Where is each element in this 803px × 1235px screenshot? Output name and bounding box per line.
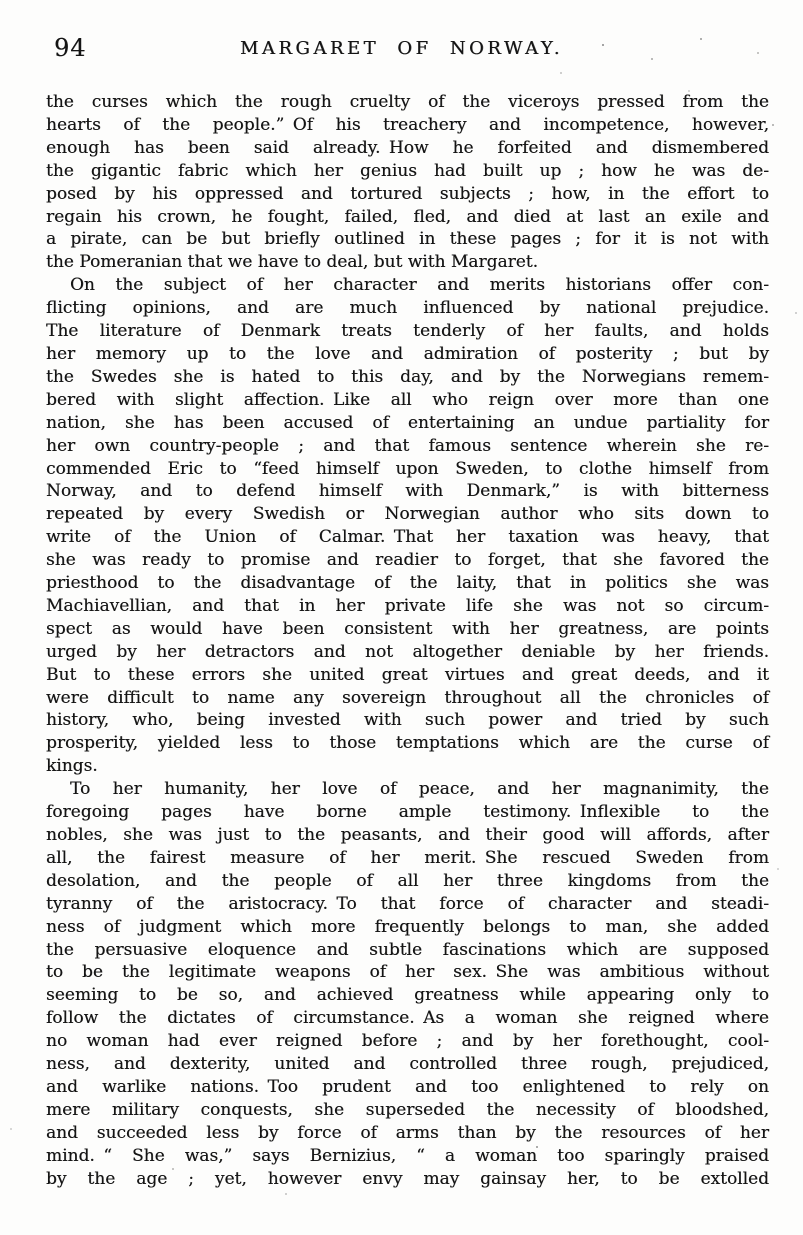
text-line: and succeeded less by force of arms than… [46,1122,769,1145]
text-line: mere military conquests, she superseded … [46,1099,769,1122]
text-line: The literature of Denmark treats tenderl… [46,320,769,343]
text-line: history, who, being invested with such p… [46,709,769,732]
text-line: hearts of the people.” Of his treachery … [46,114,769,137]
text-line: mind. “ She was,” says Bernizius, “ a wo… [46,1145,769,1168]
text-line: Machiavellian, and that in her private l… [46,595,769,618]
text-line: her memory up to the love and admiration… [46,343,769,366]
running-header-title: MARGARET OF NORWAY. [0,38,803,59]
text-line: by the age ; yet, however envy may gains… [46,1168,769,1191]
page-number: 94 [54,34,87,62]
text-line: priesthood to the disadvantage of the la… [46,572,769,595]
text-line: the gigantic fabric which her genius had… [46,160,769,183]
text-block: the curses which the rough cruelty of th… [0,91,803,1191]
text-line: nobles, she was just to the peasants, an… [46,824,769,847]
text-line: foregoing pages have borne ample testimo… [46,801,769,824]
text-line: nation, she has been accused of entertai… [46,412,769,435]
book-page: 94 MARGARET OF NORWAY. the curses which … [0,0,803,1235]
text-line: were difficult to name any sovereign thr… [46,687,769,710]
text-line: commended Eric to “feed himself upon Swe… [46,458,769,481]
text-line: the Pomeranian that we have to deal, but… [46,251,769,274]
text-line: Norway, and to defend himself with Denma… [46,480,769,503]
text-line: But to these errors she united great vir… [46,664,769,687]
text-line: prosperity, yielded less to those tempta… [46,732,769,755]
text-line: On the subject of her character and meri… [46,274,769,297]
text-line: all, the fairest measure of her merit. S… [46,847,769,870]
text-line: desolation, and the people of all her th… [46,870,769,893]
text-line: no woman had ever reigned before ; and b… [46,1030,769,1053]
text-line: seeming to be so, and achieved greatness… [46,984,769,1007]
paragraph: On the subject of her character and meri… [46,274,769,778]
text-line: the Swedes she is hated to this day, and… [46,366,769,389]
text-line: and warlike nations. Too prudent and too… [46,1076,769,1099]
text-line: spect as would have been consistent with… [46,618,769,641]
text-line: repeated by every Swedish or Norwegian a… [46,503,769,526]
text-line: to be the legitimate weapons of her sex.… [46,961,769,984]
text-line: kings. [46,755,769,778]
text-line: follow the dictates of circumstance. As … [46,1007,769,1030]
text-line: write of the Union of Calmar. That her t… [46,526,769,549]
text-line: a pirate, can be but briefly outlined in… [46,228,769,251]
text-line: bered with slight affection. Like all wh… [46,389,769,412]
text-line: tyranny of the aristocracy. To that forc… [46,893,769,916]
text-line: posed by his oppressed and tortured subj… [46,183,769,206]
text-line: flicting opinions, and are much influenc… [46,297,769,320]
text-line: enough has been said already. How he for… [46,137,769,160]
text-line: To her humanity, her love of peace, and … [46,778,769,801]
text-line: her own country-people ; and that famous… [46,435,769,458]
text-line: regain his crown, he fought, failed, fle… [46,206,769,229]
text-line: the persuasive eloquence and subtle fasc… [46,939,769,962]
text-line: ness, and dexterity, united and controll… [46,1053,769,1076]
paragraph: the curses which the rough cruelty of th… [46,91,769,274]
paragraph: To her humanity, her love of peace, and … [46,778,769,1190]
page-header: 94 MARGARET OF NORWAY. [0,0,803,64]
text-line: urged by her detractors and not altogeth… [46,641,769,664]
text-line: the curses which the rough cruelty of th… [46,91,769,114]
text-line: she was ready to promise and readier to … [46,549,769,572]
text-line: ness of judgment which more frequently b… [46,916,769,939]
